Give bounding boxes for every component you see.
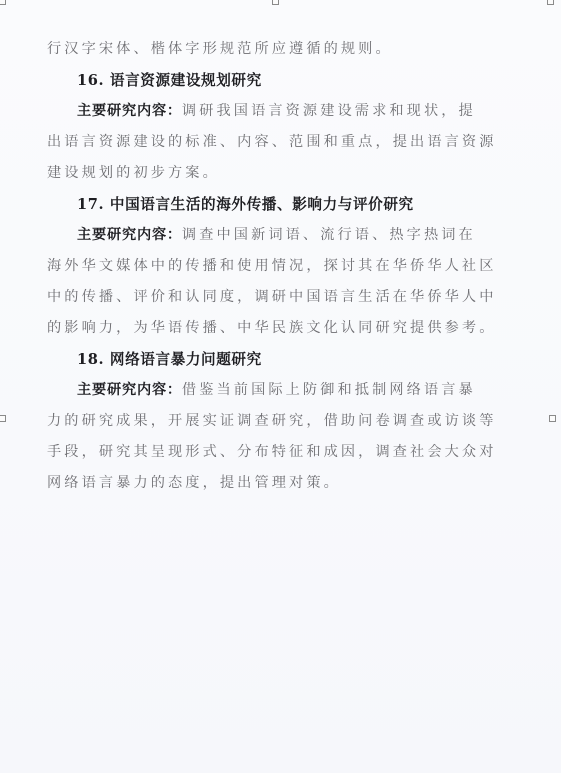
content-label: 主要研究内容： (77, 227, 182, 243)
section-heading: 16. 语言资源建设规划研究 (47, 65, 509, 96)
content-label: 主要研究内容： (77, 382, 182, 398)
section-paragraph-first-line: 主要研究内容：调研我国语言资源建设需求和现状，提 (47, 96, 509, 127)
section-paragraph-first-line: 主要研究内容：借鉴当前国际上防御和抵制网络语言暴 (47, 375, 509, 406)
crop-marker-middle-right (549, 415, 556, 422)
section-heading: 18. 网络语言暴力问题研究 (47, 344, 509, 375)
paragraph-line: 力的研究成果，开展实证调查研究，借助问卷调查或访谈等 (47, 406, 509, 437)
paragraph-text: 调研我国语言资源建设需求和现状，提 (182, 103, 476, 119)
paragraph-line: 建设规划的初步方案。 (47, 158, 509, 189)
section-17: 17. 中国语言生活的海外传播、影响力与评价研究 主要研究内容：调查中国新词语、… (47, 189, 509, 344)
section-paragraph-first-line: 主要研究内容：调查中国新词语、流行语、热字热词在 (47, 220, 509, 251)
crop-marker-top-left (0, 0, 6, 5)
content-label: 主要研究内容： (77, 103, 182, 119)
document-body: 行汉字宋体、楷体字形规范所应遵循的规则。 16. 语言资源建设规划研究 主要研究… (47, 34, 509, 499)
paragraph-line: 中的传播、评价和认同度，调研中国语言生活在华侨华人中 (47, 282, 509, 313)
section-heading: 17. 中国语言生活的海外传播、影响力与评价研究 (47, 189, 509, 220)
section-16: 16. 语言资源建设规划研究 主要研究内容：调研我国语言资源建设需求和现状，提 … (47, 65, 509, 189)
paragraph-line: 海外华文媒体中的传播和使用情况，探讨其在华侨华人社区 (47, 251, 509, 282)
paragraph-line: 网络语言暴力的态度，提出管理对策。 (47, 468, 509, 499)
document-page: 行汉字宋体、楷体字形规范所应遵循的规则。 16. 语言资源建设规划研究 主要研究… (0, 0, 561, 773)
crop-marker-middle-left (0, 415, 6, 422)
paragraph-text: 调查中国新词语、流行语、热字热词在 (182, 227, 476, 243)
intro-line: 行汉字宋体、楷体字形规范所应遵循的规则。 (47, 34, 509, 65)
crop-marker-top-right (547, 0, 554, 5)
paragraph-line: 手段，研究其呈现形式、分布特征和成因，调查社会大众对 (47, 437, 509, 468)
section-18: 18. 网络语言暴力问题研究 主要研究内容：借鉴当前国际上防御和抵制网络语言暴 … (47, 344, 509, 499)
paragraph-line: 出语言资源建设的标准、内容、范围和重点，提出语言资源 (47, 127, 509, 158)
paragraph-line: 的影响力，为华语传播、中华民族文化认同研究提供参考。 (47, 313, 509, 344)
paragraph-text: 借鉴当前国际上防御和抵制网络语言暴 (182, 382, 476, 398)
crop-marker-top-center (272, 0, 279, 5)
